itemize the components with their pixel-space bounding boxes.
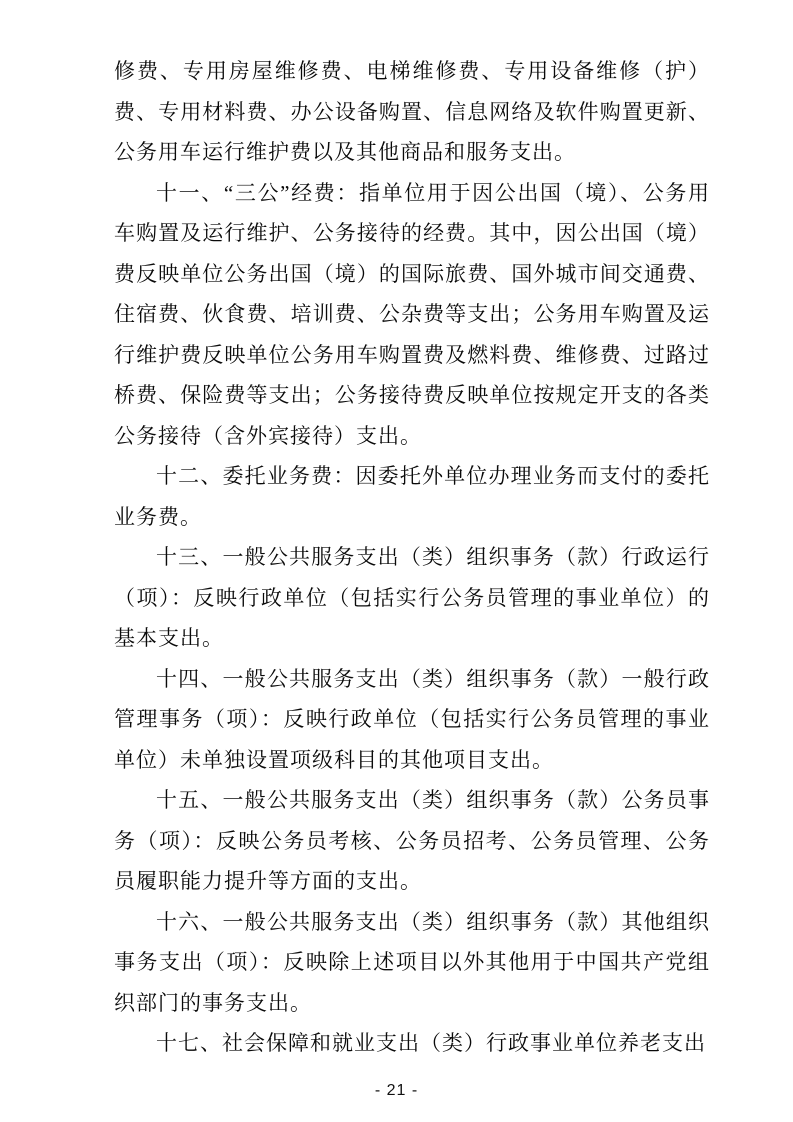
paragraph-item-13: 十三、一般公共服务支出（类）组织事务（款）行政运行（项）：反映行政单位（包括实行… xyxy=(114,537,710,659)
paragraph-item-17: 十七、社会保障和就业支出（类）行政事业单位养老支出 xyxy=(114,1023,710,1064)
paragraph-item-14: 十四、一般公共服务支出（类）组织事务（款）一般行政管理事务（项）：反映行政单位（… xyxy=(114,659,710,781)
paragraph-item-16: 十六、一般公共服务支出（类）组织事务（款）其他组织事务支出（项）：反映除上述项目… xyxy=(114,902,710,1024)
page-footer: - 21 - xyxy=(0,1082,793,1100)
page-number: - 21 - xyxy=(375,1082,418,1099)
document-page: 修费、专用房屋维修费、电梯维修费、专用设备维修（护）费、专用材料费、办公设备购置… xyxy=(0,0,793,1122)
paragraph-item-15: 十五、一般公共服务支出（类）组织事务（款）公务员事务（项）：反映公务员考核、公务… xyxy=(114,780,710,902)
paragraph-item-11: 十一、“三公”经费：指单位用于因公出国（境）、公务用车购置及运行维护、公务接待的… xyxy=(114,173,710,457)
document-body: 修费、专用房屋维修费、电梯维修费、专用设备维修（护）费、专用材料费、办公设备购置… xyxy=(114,51,710,1064)
paragraph-continuation: 修费、专用房屋维修费、电梯维修费、专用设备维修（护）费、专用材料费、办公设备购置… xyxy=(114,51,710,173)
paragraph-item-12: 十二、委托业务费：因委托外单位办理业务而支付的委托业务费。 xyxy=(114,456,710,537)
